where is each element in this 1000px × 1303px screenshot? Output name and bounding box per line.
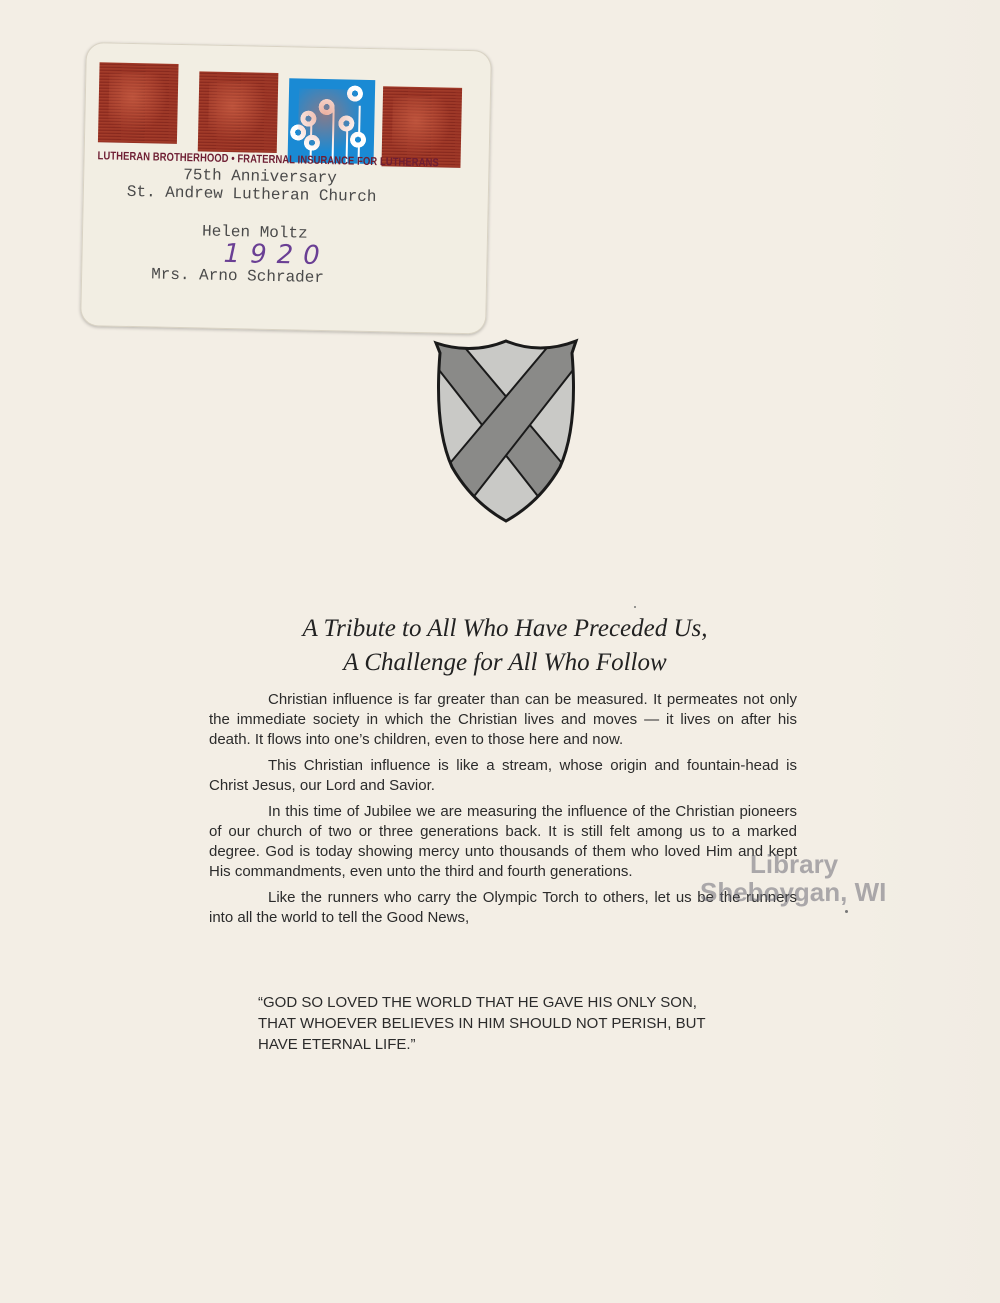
anniversary-card: LUTHERAN BROTHERHOOD • FRATERNAL INSURAN… (80, 42, 492, 334)
paragraph-3: In this time of Jubilee we are measuring… (209, 802, 797, 882)
paragraph-2: This Christian influence is like a strea… (209, 756, 797, 796)
heading-line-1: A Tribute to All Who Have Preceded Us, (0, 612, 1000, 646)
paragraph-4: Like the runners who carry the Olympic T… (209, 888, 797, 928)
quote-line-1: “GOD SO LOVED THE WORLD THAT HE GAVE HIS… (258, 992, 778, 1013)
paper-speck (845, 910, 848, 913)
flower-icon (300, 111, 316, 127)
flower-icon (304, 135, 320, 151)
tribute-body: Christian influence is far greater than … (209, 690, 797, 934)
scripture-quote: “GOD SO LOVED THE WORLD THAT HE GAVE HIS… (258, 992, 778, 1055)
shield-saltire-icon (432, 337, 580, 523)
flower-icon (338, 115, 354, 131)
quote-line-3: HAVE ETERNAL LIFE.” (258, 1034, 778, 1055)
flower-icon (290, 124, 306, 140)
relief-tile-1 (98, 62, 179, 144)
church-name: St. Andrew Lutheran Church (127, 183, 377, 206)
flower-icon (347, 85, 363, 101)
flower-icon (319, 99, 335, 115)
signature-line: Mrs. Arno Schrader (151, 265, 324, 287)
paper-speck (634, 606, 636, 608)
flower-icon (350, 132, 366, 148)
quote-line-2: THAT WHOEVER BELIEVES IN HIM SHOULD NOT … (258, 1013, 778, 1034)
flowers-tile (288, 78, 376, 164)
paragraph-1: Christian influence is far greater than … (209, 690, 797, 750)
relief-tile-2 (198, 71, 279, 153)
heading-line-2: A Challenge for All Who Follow (0, 646, 1000, 680)
